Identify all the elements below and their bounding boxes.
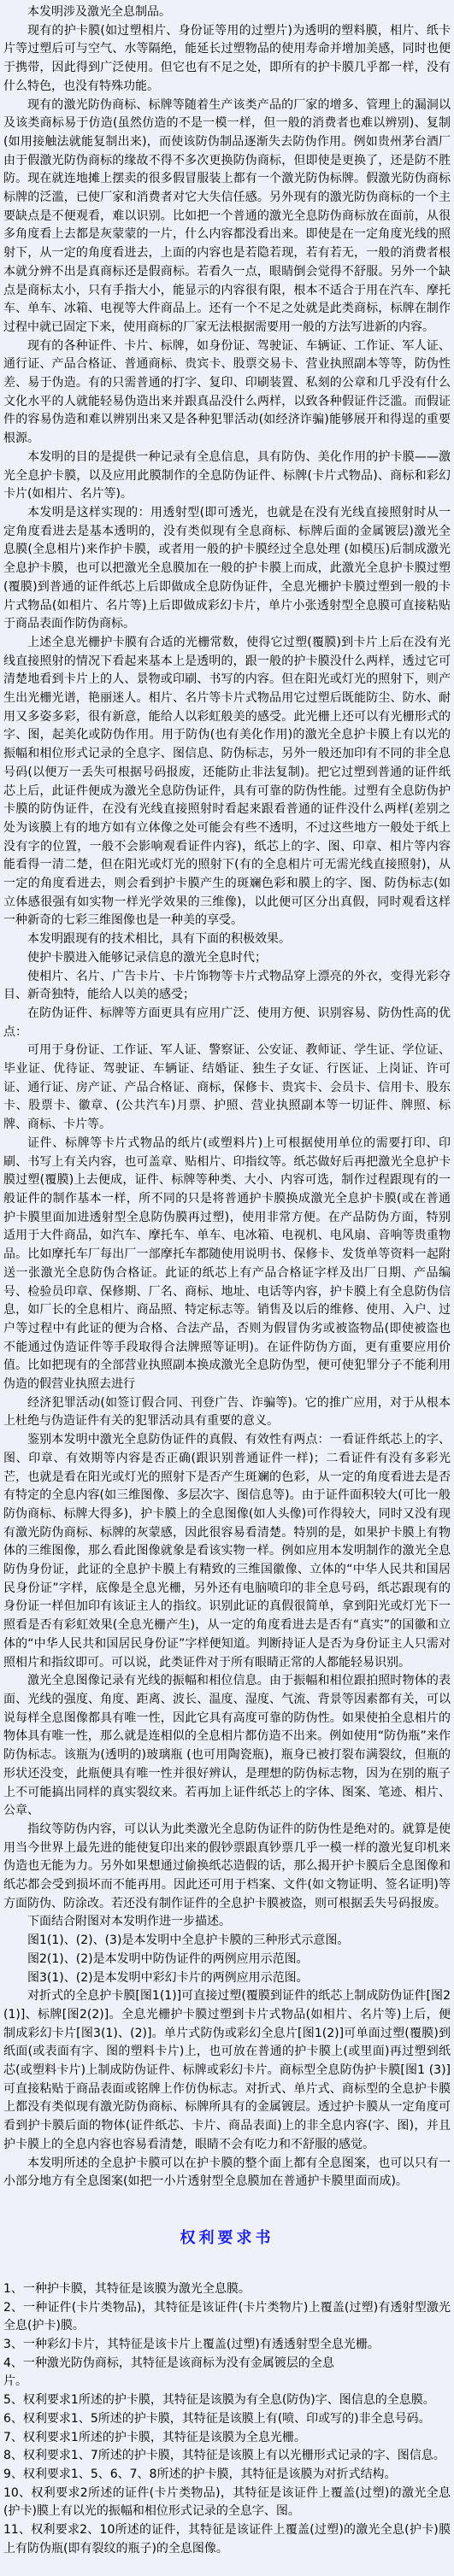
description-section: 本发明涉及激光全息制品。 现有的护卡膜(如过塑相片、身份证等用的过塑片)为透明的…: [3, 3, 451, 2192]
claim-item: 片。: [3, 2373, 451, 2391]
description-paragraph: 本发明所述的全息护卡膜可以在护卡膜的整个面上都有全息图案，也可以只有一小部分地方…: [3, 2155, 451, 2192]
figure-caption: 图2(1)、(2)是本发明中防伪证件的两例应用示范图。: [3, 1951, 451, 1969]
description-paragraph: 本发明的目的是提供一种记录有全息信息，具有防伪、美化作用的护卡膜——激光全息护卡…: [3, 449, 451, 504]
claim-item: 6、权利要求1、5所述的护卡膜，其特征是该膜上有(喷、印或写的)非全息号码。: [3, 2410, 451, 2429]
description-paragraph: 下面结合附图对本发明作进一步描述。: [3, 1913, 451, 1932]
description-paragraph: 在防伪证件、标牌等方面更具有应用广泛、使用方便、识别容易、防伪性高的优点：: [3, 1005, 451, 1042]
description-paragraph: 指纹等防伪内容，可以认为此类激光全息防伪证件的防伪性是绝对的。就算是使用当今世界…: [3, 1821, 451, 1914]
description-paragraph: 上述全息光栅护卡膜有合适的光栅常数，使得它过塑(覆膜)到卡片上后在没有光线直接照…: [3, 634, 451, 930]
claim-item: 3、一种彩幻卡片，其特征是该卡片上覆盖(过塑)有透透射型全息光栅。: [3, 2336, 451, 2355]
figure-caption: 图1(1)、(2)、(3)是本发明中全息护卡膜的三种形式示意图。: [3, 1932, 451, 1951]
description-paragraph: 使护卡膜进入能够记录信息的激光全息时代；: [3, 949, 451, 968]
description-paragraph: 经济犯罪活动(如签订假合同、刊登广告、诈骗等)。它的推广应用，对于从根本上杜绝与…: [3, 1394, 451, 1431]
patent-document: 本发明涉及激光全息制品。 现有的护卡膜(如过塑相片、身份证等用的过塑片)为透明的…: [0, 0, 454, 2576]
claims-title: 权利要求书: [3, 2226, 451, 2248]
claim-item: 1、一种护卡膜，其特征是该膜为激光全息膜。: [3, 2280, 451, 2299]
description-paragraph: 现有的激光防伪商标、标牌等随着生产该类产品的厂家的增多、管理上的漏洞以及该类商标…: [3, 97, 451, 337]
claim-item: 5、权利要求1所述的护卡膜，其特征是该膜为有全息(防伪)字、图信息的全息膜。: [3, 2391, 451, 2410]
description-paragraph: 现有的各种证件、卡片、标牌，如身份证、驾驶证、车辆证、工作证、军人证、通行证、产…: [3, 337, 451, 449]
claim-item: 8、权利要求1、7所述的护卡膜，其特征是该膜上有以光栅形式记录的字、图信息。: [3, 2447, 451, 2466]
description-paragraph: 证件、标牌等卡片式物品的纸片(或塑料片)上可根据使用单位的需要打印、印刷、书写上…: [3, 1135, 451, 1394]
claim-item: 11、权利要求2、10所述的证件，其特征是该证件上覆盖(过塑)的激光全息(护卡)…: [3, 2521, 451, 2558]
description-paragraph: 鉴别本发明中激光全息防伪证件的真假、有效性有两点：一看证件纸芯上的字、图、印章、…: [3, 1431, 451, 1672]
description-paragraph: 对折式的全息护卡膜[图1(1)]可直接过塑(覆膜到证件的纸芯上制成防伪证件[图2…: [3, 1987, 451, 2154]
description-paragraph: 现有的护卡膜(如过塑相片、身份证等用的过塑片)为透明的塑料膜，相片、纸卡片等过塑…: [3, 22, 451, 97]
description-paragraph: 使相片、名片、广告卡片、卡片饰物等卡片式物品穿上漂亮的外衣，变得光彩夺目、新奇独…: [3, 968, 451, 1005]
description-paragraph: 激光全息图像记录有光线的振幅和相位信息。由于振幅和相位跟拍照时物体的表面、光线的…: [3, 1672, 451, 1821]
claim-item: 10、权利要求2所述的证件(卡片类物品)，其特征是该证件上覆盖(过塑)的激光全息…: [3, 2485, 451, 2521]
description-paragraph: 本发明涉及激光全息制品。: [3, 3, 451, 22]
claim-item: 4、一种激光防伪商标，其特征是该商标为没有金属镀层的全息: [3, 2355, 451, 2374]
description-paragraph: 可用于身份证、工作证、军人证、警察证、公安证、教师证、学生证、学位证、毕业证、优…: [3, 1042, 451, 1135]
claims-list: 1、一种护卡膜，其特征是该膜为激光全息膜。 2、一种证件(卡片类物品)，其特征是…: [3, 2280, 451, 2559]
description-paragraph: 本发明是这样实现的：用透射型(即可透光，也就是在没有光线直接照射时从一定角度看进…: [3, 504, 451, 634]
claim-item: 7、权利要求1所述的护卡膜，其特征是该膜为全息光栅。: [3, 2429, 451, 2448]
claim-item: 2、一种证件(卡片类物品)，其特征是该证件(卡片类物片)上覆盖(过塑)有透射型激…: [3, 2299, 451, 2336]
claim-item: 9、权利要求1、5、6、7、8所述的护卡膜，其特征是该膜为对折式结构。: [3, 2466, 451, 2485]
figure-caption: 图3(1)、(2)是本发明中彩幻卡片的两例应用示范图。: [3, 1969, 451, 1988]
description-paragraph: 本发明跟现有的技术相比，具有下面的积极效果。: [3, 930, 451, 949]
